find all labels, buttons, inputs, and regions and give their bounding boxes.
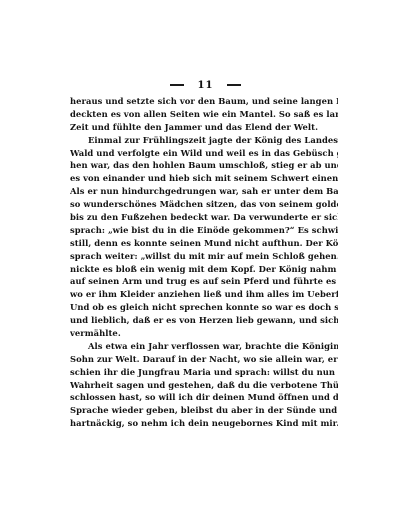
text-line: Wahrheit sagen und gestehen, daß du die …	[70, 379, 338, 392]
text-line: Sprache wieder geben, bleibst du aber in…	[70, 404, 338, 417]
text-line: schien ihr die Jungfrau Maria und sprach…	[70, 366, 338, 379]
page-number: 11	[198, 80, 214, 91]
page-header: 11	[0, 78, 411, 92]
text-line: heraus und setzte sich vor den Baum, und…	[70, 95, 338, 108]
text-line: es von einander und hieb sich mit seinem…	[70, 172, 338, 185]
text-line: Sohn zur Welt. Darauf in der Nacht, wo s…	[70, 353, 338, 366]
text-line: auf seinen Arm und trug es auf sein Pfer…	[70, 275, 338, 288]
text-line: wo er ihm Kleider anziehen ließ und ihm …	[70, 288, 338, 301]
text-line: Und ob es gleich nicht sprechen konnte s…	[70, 301, 338, 314]
header-left-rule	[170, 84, 184, 86]
body-text: heraus und setzte sich vor den Baum, und…	[70, 95, 338, 430]
text-line: Wald und verfolgte ein Wild und weil es …	[70, 147, 338, 160]
text-line: vermählte.	[70, 327, 338, 340]
text-line: deckten es von allen Seiten wie ein Mant…	[70, 108, 338, 121]
text-line: Als er nun hindurchgedrungen war, sah er…	[70, 185, 338, 198]
text-line: hen war, das den hohlen Baum umschloß, s…	[70, 159, 338, 172]
text-line: schlossen hast, so will ich dir deinen M…	[70, 391, 338, 404]
text-line: Als etwa ein Jahr verflossen war, bracht…	[70, 340, 338, 353]
text-line: sprach: „wie bist du in die Einöde gekom…	[70, 224, 338, 237]
text-line: nickte es bloß ein wenig mit dem Kopf. D…	[70, 263, 338, 276]
text-line: so wunderschönes Mädchen sitzen, das von…	[70, 198, 338, 211]
text-line: still, denn es konnte seinen Mund nicht …	[70, 237, 338, 250]
header-right-rule	[227, 84, 241, 86]
text-line: Zeit und fühlte den Jammer und das Elend…	[70, 121, 338, 134]
scanned-book-page: 11 heraus und setzte sich vor den Baum, …	[0, 0, 411, 512]
text-line: Einmal zur Frühlingszeit jagte der König…	[70, 134, 338, 147]
text-line: und lieblich, daß er es von Herzen lieb …	[70, 314, 338, 327]
text-line: hartnäckig, so nehm ich dein neugebornes…	[70, 417, 338, 430]
text-line: bis zu den Fußzehen bedeckt war. Da verw…	[70, 211, 338, 224]
text-line: sprach weiter: „willst du mit mir auf me…	[70, 250, 338, 263]
